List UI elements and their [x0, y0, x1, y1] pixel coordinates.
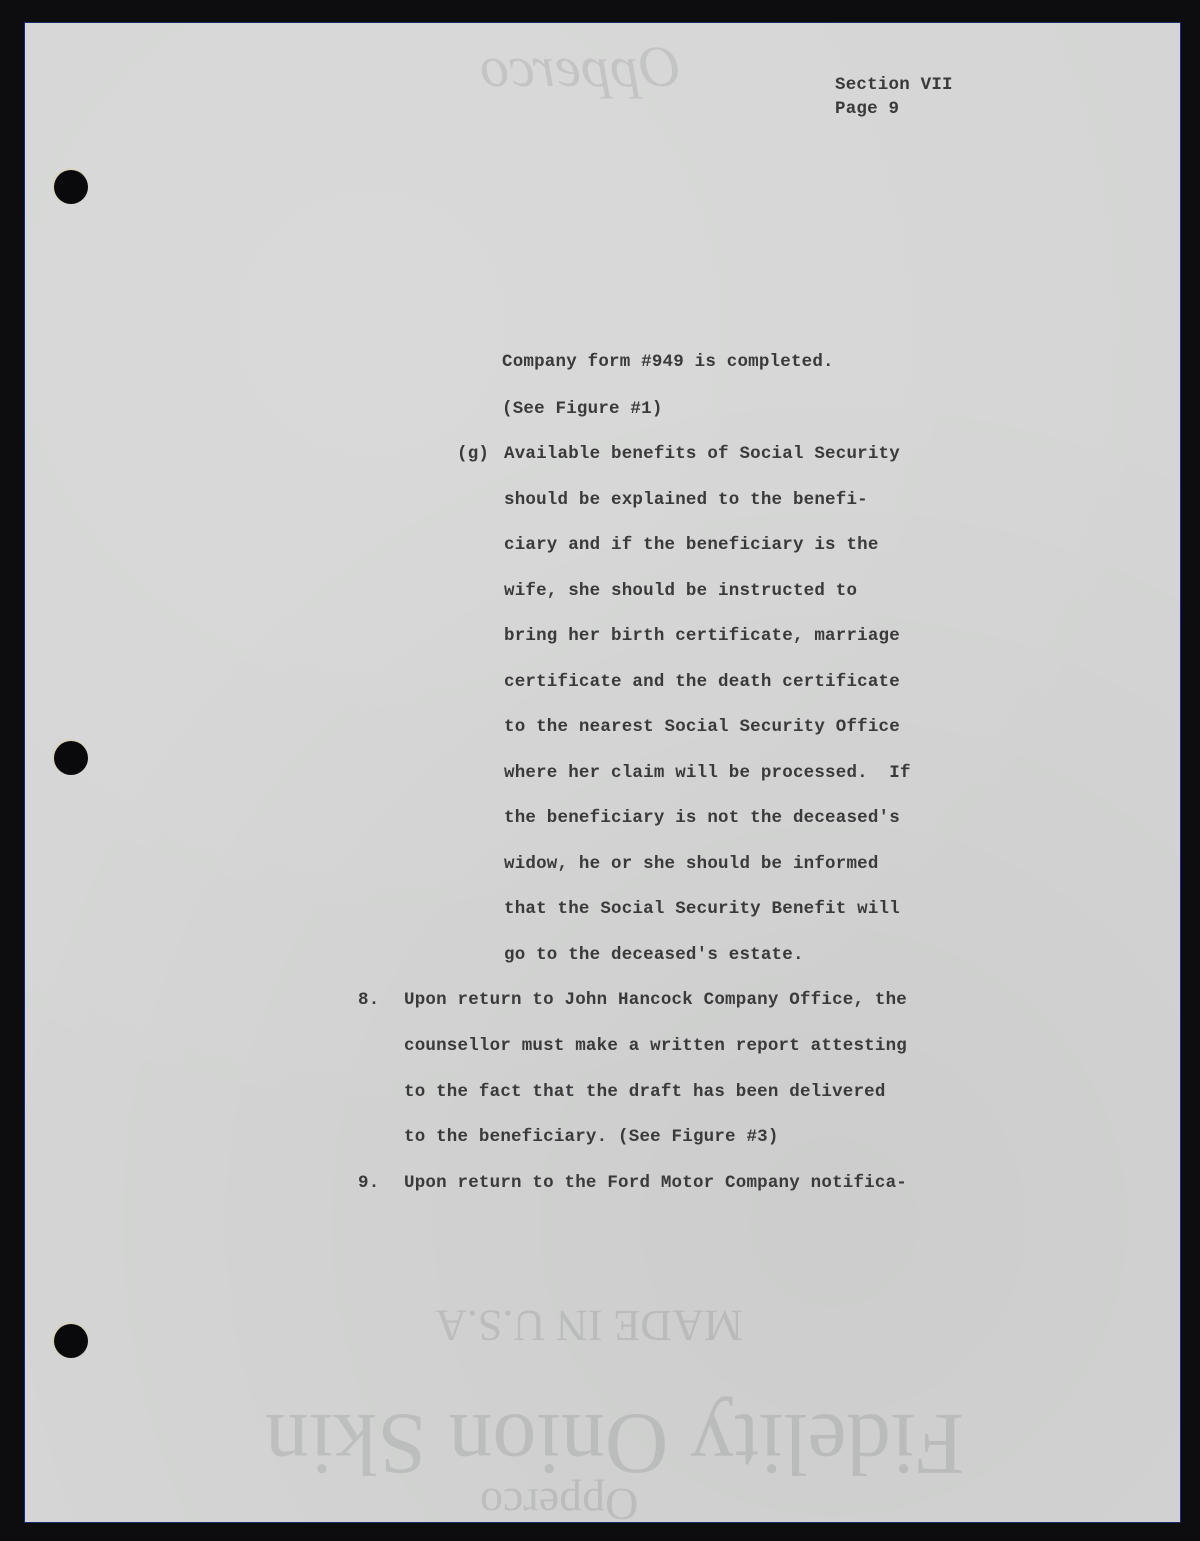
- text-line: (See Figure #1): [502, 399, 663, 419]
- text-line: the beneficiary is not the deceased's: [504, 808, 900, 828]
- text-line: to the fact that the draft has been deli…: [404, 1082, 886, 1102]
- list-marker: (g): [457, 444, 489, 464]
- text-line: Upon return to John Hancock Company Offi…: [404, 990, 907, 1010]
- text-line: to the nearest Social Security Office: [504, 717, 900, 737]
- text-line: certificate and the death certificate: [504, 672, 900, 692]
- text-line: widow, he or she should be informed: [504, 854, 879, 874]
- text-line: Upon return to the Ford Motor Company no…: [404, 1173, 907, 1193]
- text-line: counsellor must make a written report at…: [404, 1036, 907, 1056]
- watermark-bottom: Opperco: [480, 1478, 638, 1522]
- text-line: wife, she should be instructed to: [504, 581, 857, 601]
- text-line: should be explained to the benefi-: [504, 490, 868, 510]
- list-marker: 9.: [358, 1173, 379, 1193]
- watermark-top: Opperco: [480, 33, 681, 100]
- text-line: to the beneficiary. (See Figure #3): [404, 1127, 779, 1147]
- text-line: where her claim will be processed. If: [504, 763, 911, 783]
- text-line: Available benefits of Social Security: [504, 444, 900, 464]
- text-line: ciary and if the beneficiary is the: [504, 535, 879, 555]
- watermark-made-in: MADE IN U.S.A: [435, 1300, 743, 1351]
- section-label: Section VII: [835, 75, 953, 95]
- text-line: bring her birth certificate, marriage: [504, 626, 900, 646]
- text-line: go to the deceased's estate.: [504, 945, 804, 965]
- text-line: that the Social Security Benefit will: [504, 899, 900, 919]
- watermark-brand: Fidelity Onion Skin: [265, 1393, 964, 1494]
- hole-punch-middle: [54, 741, 88, 775]
- list-marker: 8.: [358, 990, 379, 1010]
- hole-punch-bottom: [54, 1324, 88, 1358]
- text-line: Company form #949 is completed.: [502, 352, 834, 372]
- page-number: Page 9: [835, 99, 899, 119]
- document-page: Opperco MADE IN U.S.A Fidelity Onion Ski…: [25, 23, 1180, 1522]
- hole-punch-top: [54, 170, 88, 204]
